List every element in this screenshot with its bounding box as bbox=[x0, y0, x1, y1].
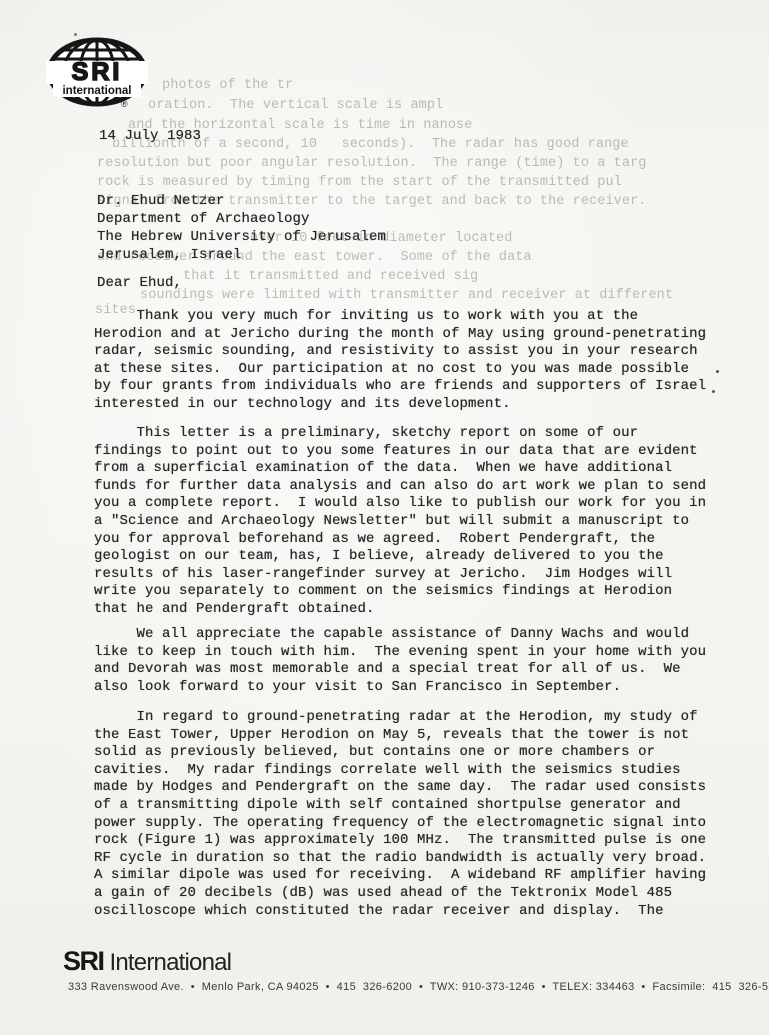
ghost-bleedthrough-line: that it transmitted and received sig bbox=[183, 269, 478, 284]
letter-page: photos of the troration. The vertical sc… bbox=[0, 0, 769, 1035]
ghost-bleedthrough-line: resolution but poor angular resolution. … bbox=[97, 156, 647, 171]
ghost-bleedthrough-line: oration. The vertical scale is ampl bbox=[148, 98, 443, 113]
recipient-address: Dr. Ehud Netzer Department of Archaeolog… bbox=[97, 192, 386, 264]
paragraph-4: In regard to ground-penetrating radar at… bbox=[94, 709, 706, 920]
footer-brand-sri: SRI bbox=[63, 946, 104, 976]
footer-address-line: 333 Ravenswood Ave. • Menlo Park, CA 940… bbox=[68, 981, 758, 993]
ink-speck bbox=[74, 33, 77, 36]
footer-brand: SRIInternational bbox=[63, 946, 231, 977]
registered-trademark-icon: ® bbox=[121, 99, 128, 109]
ghost-bleedthrough-line: rock is measured by timing from the star… bbox=[97, 175, 622, 190]
footer-brand-international: International bbox=[110, 949, 232, 976]
paragraph-3: We all appreciate the capable assistance… bbox=[94, 626, 706, 696]
sri-globe-logo: SRI international ® bbox=[44, 37, 156, 109]
ghost-bleedthrough-line: photos of the tr bbox=[162, 78, 293, 93]
ink-speck bbox=[716, 370, 719, 373]
ink-speck bbox=[712, 390, 715, 393]
logo-sri-text: SRI bbox=[72, 58, 123, 86]
paragraph-2: This letter is a preliminary, sketchy re… bbox=[94, 425, 706, 619]
logo-international-text: international bbox=[62, 85, 131, 97]
ghost-bleedthrough-line: soundings were limited with transmitter … bbox=[140, 288, 673, 303]
salutation: Dear Ehud, bbox=[97, 275, 182, 293]
paragraph-1: Thank you very much for inviting us to w… bbox=[94, 308, 706, 414]
letter-date: 14 July 1983 bbox=[99, 128, 201, 146]
